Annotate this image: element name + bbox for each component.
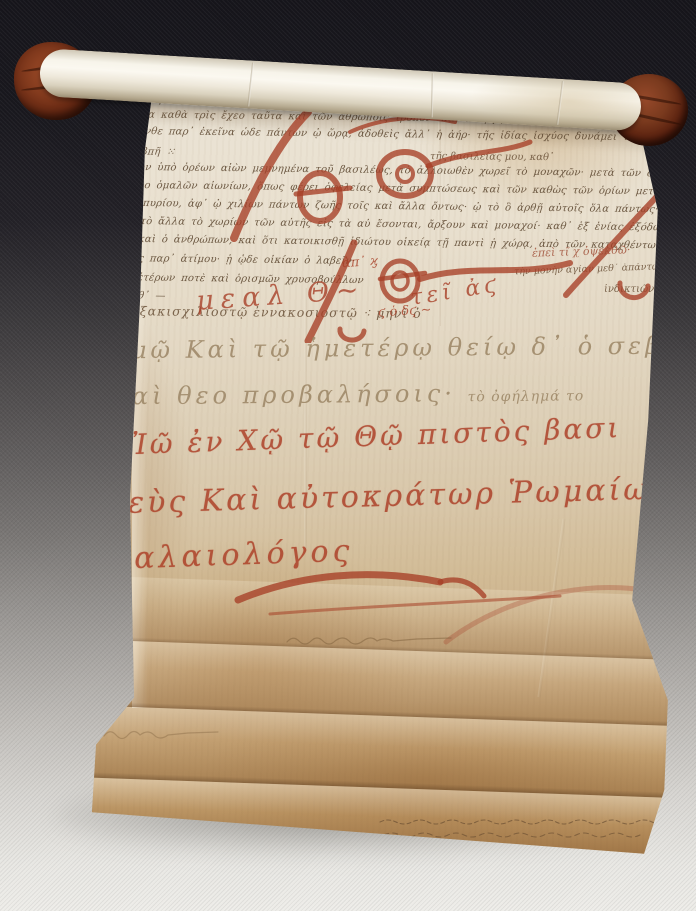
large-cursive-line-2: Καὶ θεο προβαλήσοις· τὸ ὀφήλημά το: [110, 380, 665, 409]
text-fragment-indiction: ἰνδικτιῶνος.: [604, 284, 696, 295]
tube-crease: [431, 73, 434, 117]
text-line: ἀρίστης παρ᾿ ἀτίμου· ᾗ ᾧδε οἰκίαν ὁ λαβε…: [101, 253, 462, 268]
bottom-fold-1: [67, 575, 696, 661]
faint-scribble-left: [102, 726, 232, 742]
tube-crease: [556, 81, 564, 125]
bottom-fold-3: [67, 705, 696, 799]
text-line: οὐκ αὐτὸ ἄλλα τὸ χωρίων τῶν αὐτῆς εἰς τὰ…: [101, 216, 667, 234]
crease-vertical-3: [537, 519, 565, 698]
text-line: ἀρίστανθε παρ᾿ ἐκεῖνα ὧδε πάντων ᾧ ὥρᾳ, …: [107, 126, 663, 144]
text-line: ὁ ἐκεῖνο ὁμαλῶν αἰωνίων, ὅπως φέρει ὀφελ…: [103, 180, 664, 198]
imperial-signature-line-3: Παλαιολόγος: [104, 535, 405, 575]
imperial-signature-line-1: Ἰῶ ἐν Χῷ τῷ Θῷ πιστὸς βασι: [132, 413, 653, 459]
text-fragment-mone: τὴν μονὴν ἁγίαν μεθ᾿ ἁπάντων,: [514, 261, 696, 278]
faint-notes-on-roll: [378, 816, 678, 842]
chronology-line: τῷ ἑξακισχιλιοστῷ ἐννακοσιοστῷ ⁖ μηνὶ ὁ: [108, 304, 548, 322]
red-script-fragment: ἀπ᾿ ϗ: [342, 255, 379, 270]
bottom-fold-4: [67, 777, 696, 863]
large-cursive-line-2-small: τὸ ὀφήλημά το: [468, 388, 585, 405]
tube-crease: [247, 63, 254, 107]
photo-of-byzantine-scroll: ἰκεῖσε πρῶ πωμ᾿ ἀπτ᾿ ἐᾶ νομίοχ — προθήμα…: [0, 0, 696, 911]
text-line: πάσῃ ὧν ὑπὸ ὀρέων αἰὼν μεμνημένα τοῦ βασ…: [103, 162, 664, 180]
red-script-fragment: ἐπεὶ τῖ χ ὀψεκθῶ·: [532, 244, 631, 258]
red-script-fragment: ϛ ὁ δϛ ~: [378, 304, 432, 320]
parchment-sheet: ἰκεῖσε πρῶ πωμ᾿ ἀπτ᾿ ἐᾶ νομίοχ — προθήμα…: [80, 88, 675, 856]
text-line: χρίση βπῆ ⁙: [105, 146, 256, 159]
imperial-signature-line-2: λεὺς Καὶ αὐτοκράτωρ Ῥωμαίων ὁ: [106, 475, 667, 520]
text-line: ἰκεῖον πυρίου, ἀφ᾿ ᾧ χιλίων πάντων ζωῆς …: [103, 198, 669, 216]
large-cursive-line-2-main: Καὶ θεο προβαλήσοις·: [110, 380, 456, 409]
faint-scribble-center: [285, 633, 455, 649]
bottom-fold-2: [67, 639, 696, 727]
text-fragment-basileias: τῆς βασιλείας μου, καθ᾿: [430, 151, 640, 164]
large-cursive-line-1: ἐμῷ Καὶ τῷ ἡμετέρῳ θείῳ δ᾿ ὁ σεβ῀: [114, 334, 659, 363]
faded-red-arc: [440, 558, 680, 648]
